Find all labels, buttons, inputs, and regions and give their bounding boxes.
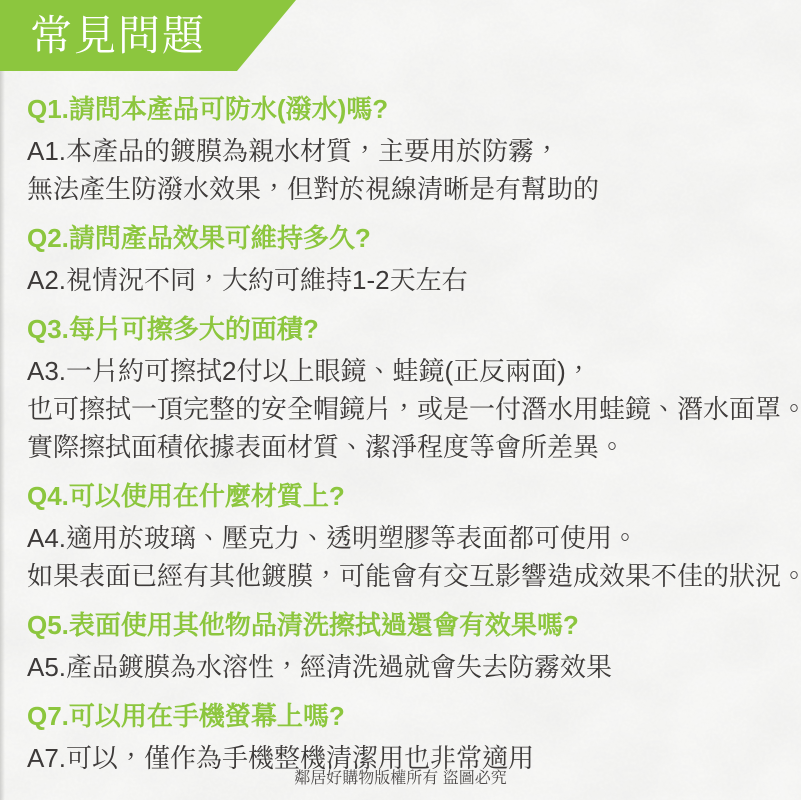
faq-page: 常見問題 Q1.請問本產品可防水(潑水)嗎? A1.本產品的鍍膜為親水材質，主要… <box>0 0 801 800</box>
faq-item-q1: Q1.請問本產品可防水(潑水)嗎? A1.本產品的鍍膜為親水材質，主要用於防霧，… <box>27 90 795 208</box>
answer-line: 實際擦拭面積依據表面材質、潔淨程度等會所差異。 <box>27 428 795 466</box>
faq-item-q5: Q5.表面使用其他物品清洗擦拭過還會有效果嗎? A5.產品鍍膜為水溶性，經清洗過… <box>27 606 795 686</box>
question-text: Q5.表面使用其他物品清洗擦拭過還會有效果嗎? <box>27 606 795 644</box>
copyright-notice: 鄰居好購物版權所有 盜圖必究 <box>0 765 801 788</box>
question-text: Q1.請問本產品可防水(潑水)嗎? <box>27 90 795 128</box>
answer-line: 也可擦拭一頂完整的安全帽鏡片，或是一付潛水用蛙鏡、潛水面罩。 <box>27 390 795 428</box>
header-banner: 常見問題 <box>0 0 296 71</box>
faq-item-q2: Q2.請問產品效果可維持多久? A2.視情況不同，大約可維持1-2天左右 <box>27 219 795 299</box>
faq-item-q3: Q3.每片可擦多大的面積? A3.一片約可擦拭2付以上眼鏡、蛙鏡(正反兩面)， … <box>27 310 795 466</box>
question-text: Q4.可以使用在什麼材質上? <box>27 477 795 515</box>
answer-line: A2.視情況不同，大約可維持1-2天左右 <box>27 261 795 299</box>
answer-line: 如果表面已經有其他鍍膜，可能會有交互影響造成效果不佳的狀況。 <box>27 557 795 595</box>
question-text: Q7.可以用在手機螢幕上嗎? <box>27 697 795 735</box>
answer-line: A4.適用於玻璃、壓克力、透明塑膠等表面都可使用。 <box>27 519 795 557</box>
faq-list: Q1.請問本產品可防水(潑水)嗎? A1.本產品的鍍膜為親水材質，主要用於防霧，… <box>0 90 801 788</box>
question-text: Q2.請問產品效果可維持多久? <box>27 219 795 257</box>
faq-item-q4: Q4.可以使用在什麼材質上? A4.適用於玻璃、壓克力、透明塑膠等表面都可使用。… <box>27 477 795 595</box>
answer-line: A1.本產品的鍍膜為親水材質，主要用於防霧， <box>27 132 795 170</box>
question-text: Q3.每片可擦多大的面積? <box>27 310 795 348</box>
answer-line: 無法產生防潑水效果，但對於視線清晰是有幫助的 <box>27 170 795 208</box>
page-title: 常見問題 <box>0 0 296 71</box>
answer-line: A5.產品鍍膜為水溶性，經清洗過就會失去防霧效果 <box>27 648 795 686</box>
answer-line: A3.一片約可擦拭2付以上眼鏡、蛙鏡(正反兩面)， <box>27 352 795 390</box>
